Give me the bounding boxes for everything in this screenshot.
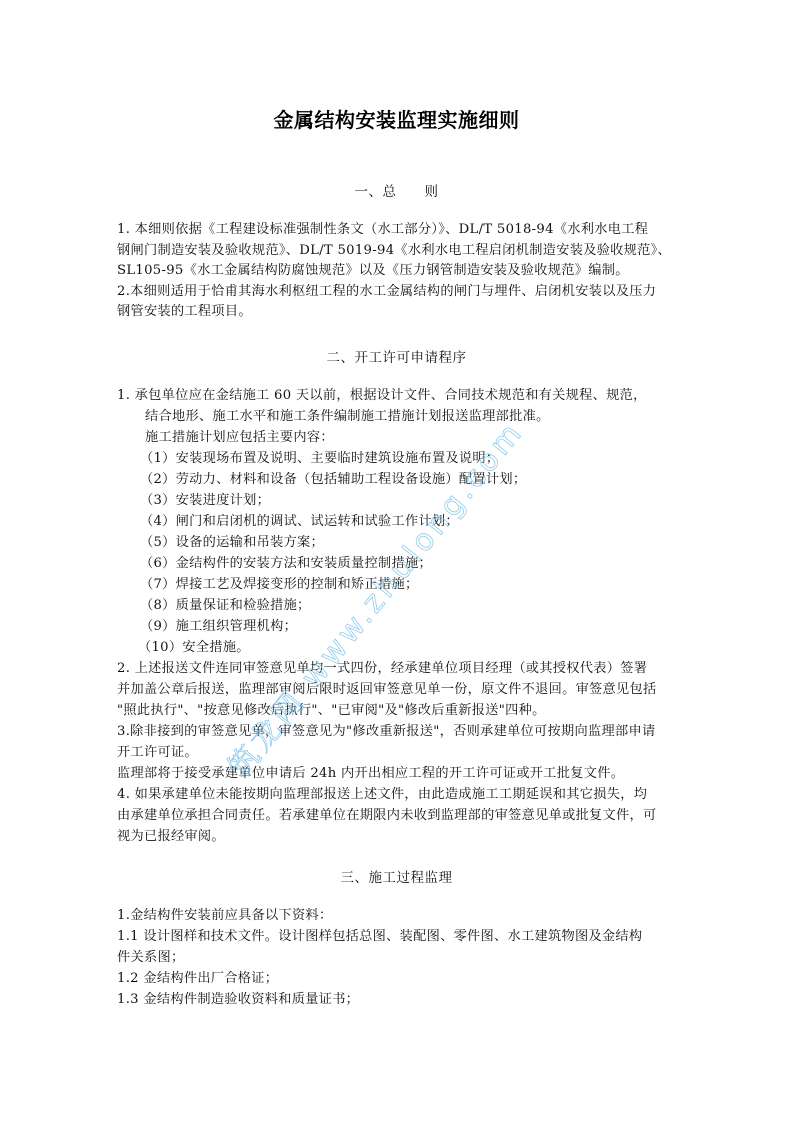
section-heading-construction-supervision: 三、施工过程监理	[0, 866, 793, 886]
paragraph-line: 开工许可证。	[117, 743, 683, 763]
paragraph-line: 1.1 设计图样和技术文件。设计图样包括总图、装配图、零件图、水工建筑物图及金结…	[117, 927, 683, 947]
section-heading-general: 一、总 则	[0, 180, 793, 200]
paragraph-line: 1.3 金结构件制造验收资料和质量证书；	[117, 990, 683, 1010]
paragraph-line: 2. 上述报送文件连同审签意见单均一式四份，经承建单位项目经理（或其授权代表）签…	[117, 659, 683, 679]
list-item: （10）安全措施。	[138, 638, 704, 658]
paragraph-line: 施工措施计划应包括主要内容：	[145, 428, 711, 448]
list-item: （9）施工组织管理机构；	[140, 617, 706, 637]
paragraph-line: 4. 如果承建单位未能按期向监理部报送上述文件，由此造成施工工期延误和其它损失，…	[117, 785, 683, 805]
paragraph-line: 2.本细则适用于恰甫其海水利枢纽工程的水工金属结构的闸门与埋件、启闭机安装以及压…	[117, 282, 683, 302]
paragraph-line: 1.金结构件安装前应具备以下资料：	[117, 906, 683, 926]
paragraph-line: 视为已报经审阅。	[117, 827, 683, 847]
paragraph-line: 钢管安装的工程项目。	[117, 302, 683, 322]
list-item: （5）设备的运输和吊装方案；	[140, 533, 706, 553]
list-item: （1）安装现场布置及说明、主要临时建筑设施布置及说明；	[140, 449, 706, 469]
paragraph-line: 并加盖公章后报送，监理部审阅后限时返回审签意见单一份，原文件不退回。审签意见包括	[117, 680, 683, 700]
list-item: （2）劳动力、材料和设备（包括辅助工程设备设施）配置计划；	[140, 470, 706, 490]
paragraph-line: 件关系图；	[117, 948, 683, 968]
document-page: 金属结构安装监理实施细则 一、总 则 1. 本细则依据《工程建设标准强制性条文（…	[0, 0, 793, 1122]
list-item: （6）金结构件的安装方法和安装质量控制措施；	[140, 554, 706, 574]
paragraph-line: 由承建单位承担合同责任。若承建单位在期限内未收到监理部的审签意见单或批复文件，可	[117, 806, 683, 826]
list-item: （7）焊接工艺及焊接变形的控制和矫正措施；	[140, 575, 706, 595]
paragraph-line: 监理部将于接受承建单位申请后 24h 内开出相应工程的开工许可证或开工批复文件。	[117, 764, 683, 784]
list-item: （4）闸门和启闭机的调试、试运转和试验工作计划；	[140, 512, 706, 532]
paragraph-line: SL105-95《水工金属结构防腐蚀规范》以及《压力钢管制造安装及验收规范》编制…	[117, 261, 683, 281]
list-item: （3）安装进度计划；	[140, 491, 706, 511]
document-title: 金属结构安装监理实施细则	[0, 104, 793, 133]
section-heading-permit-procedure: 二、开工许可申请程序	[0, 346, 793, 366]
paragraph-line: 1. 承包单位应在金结施工 60 天以前，根据设计文件、合同技术规范和有关规程、…	[117, 386, 683, 406]
paragraph-line: 结合地形、施工水平和施工条件编制施工措施计划报送监理部批准。	[145, 407, 711, 427]
list-item: （8）质量保证和检验措施；	[140, 596, 706, 616]
paragraph-line: "照此执行"、"按意见修改后执行"、"已审阅"及"修改后重新报送"四种。	[117, 701, 683, 721]
paragraph-line: 1.2 金结构件出厂合格证；	[117, 969, 683, 989]
paragraph-line: 钢闸门制造安装及验收规范》、DL/T 5019-94《水利水电工程启闭机制造安装…	[117, 241, 683, 261]
paragraph-line: 1. 本细则依据《工程建设标准强制性条文（水工部分）》、DL/T 5018-94…	[117, 220, 683, 240]
paragraph-line: 3.除非接到的审签意见单，审签意见为"修改重新报送"，否则承建单位可按期向监理部…	[117, 722, 683, 742]
